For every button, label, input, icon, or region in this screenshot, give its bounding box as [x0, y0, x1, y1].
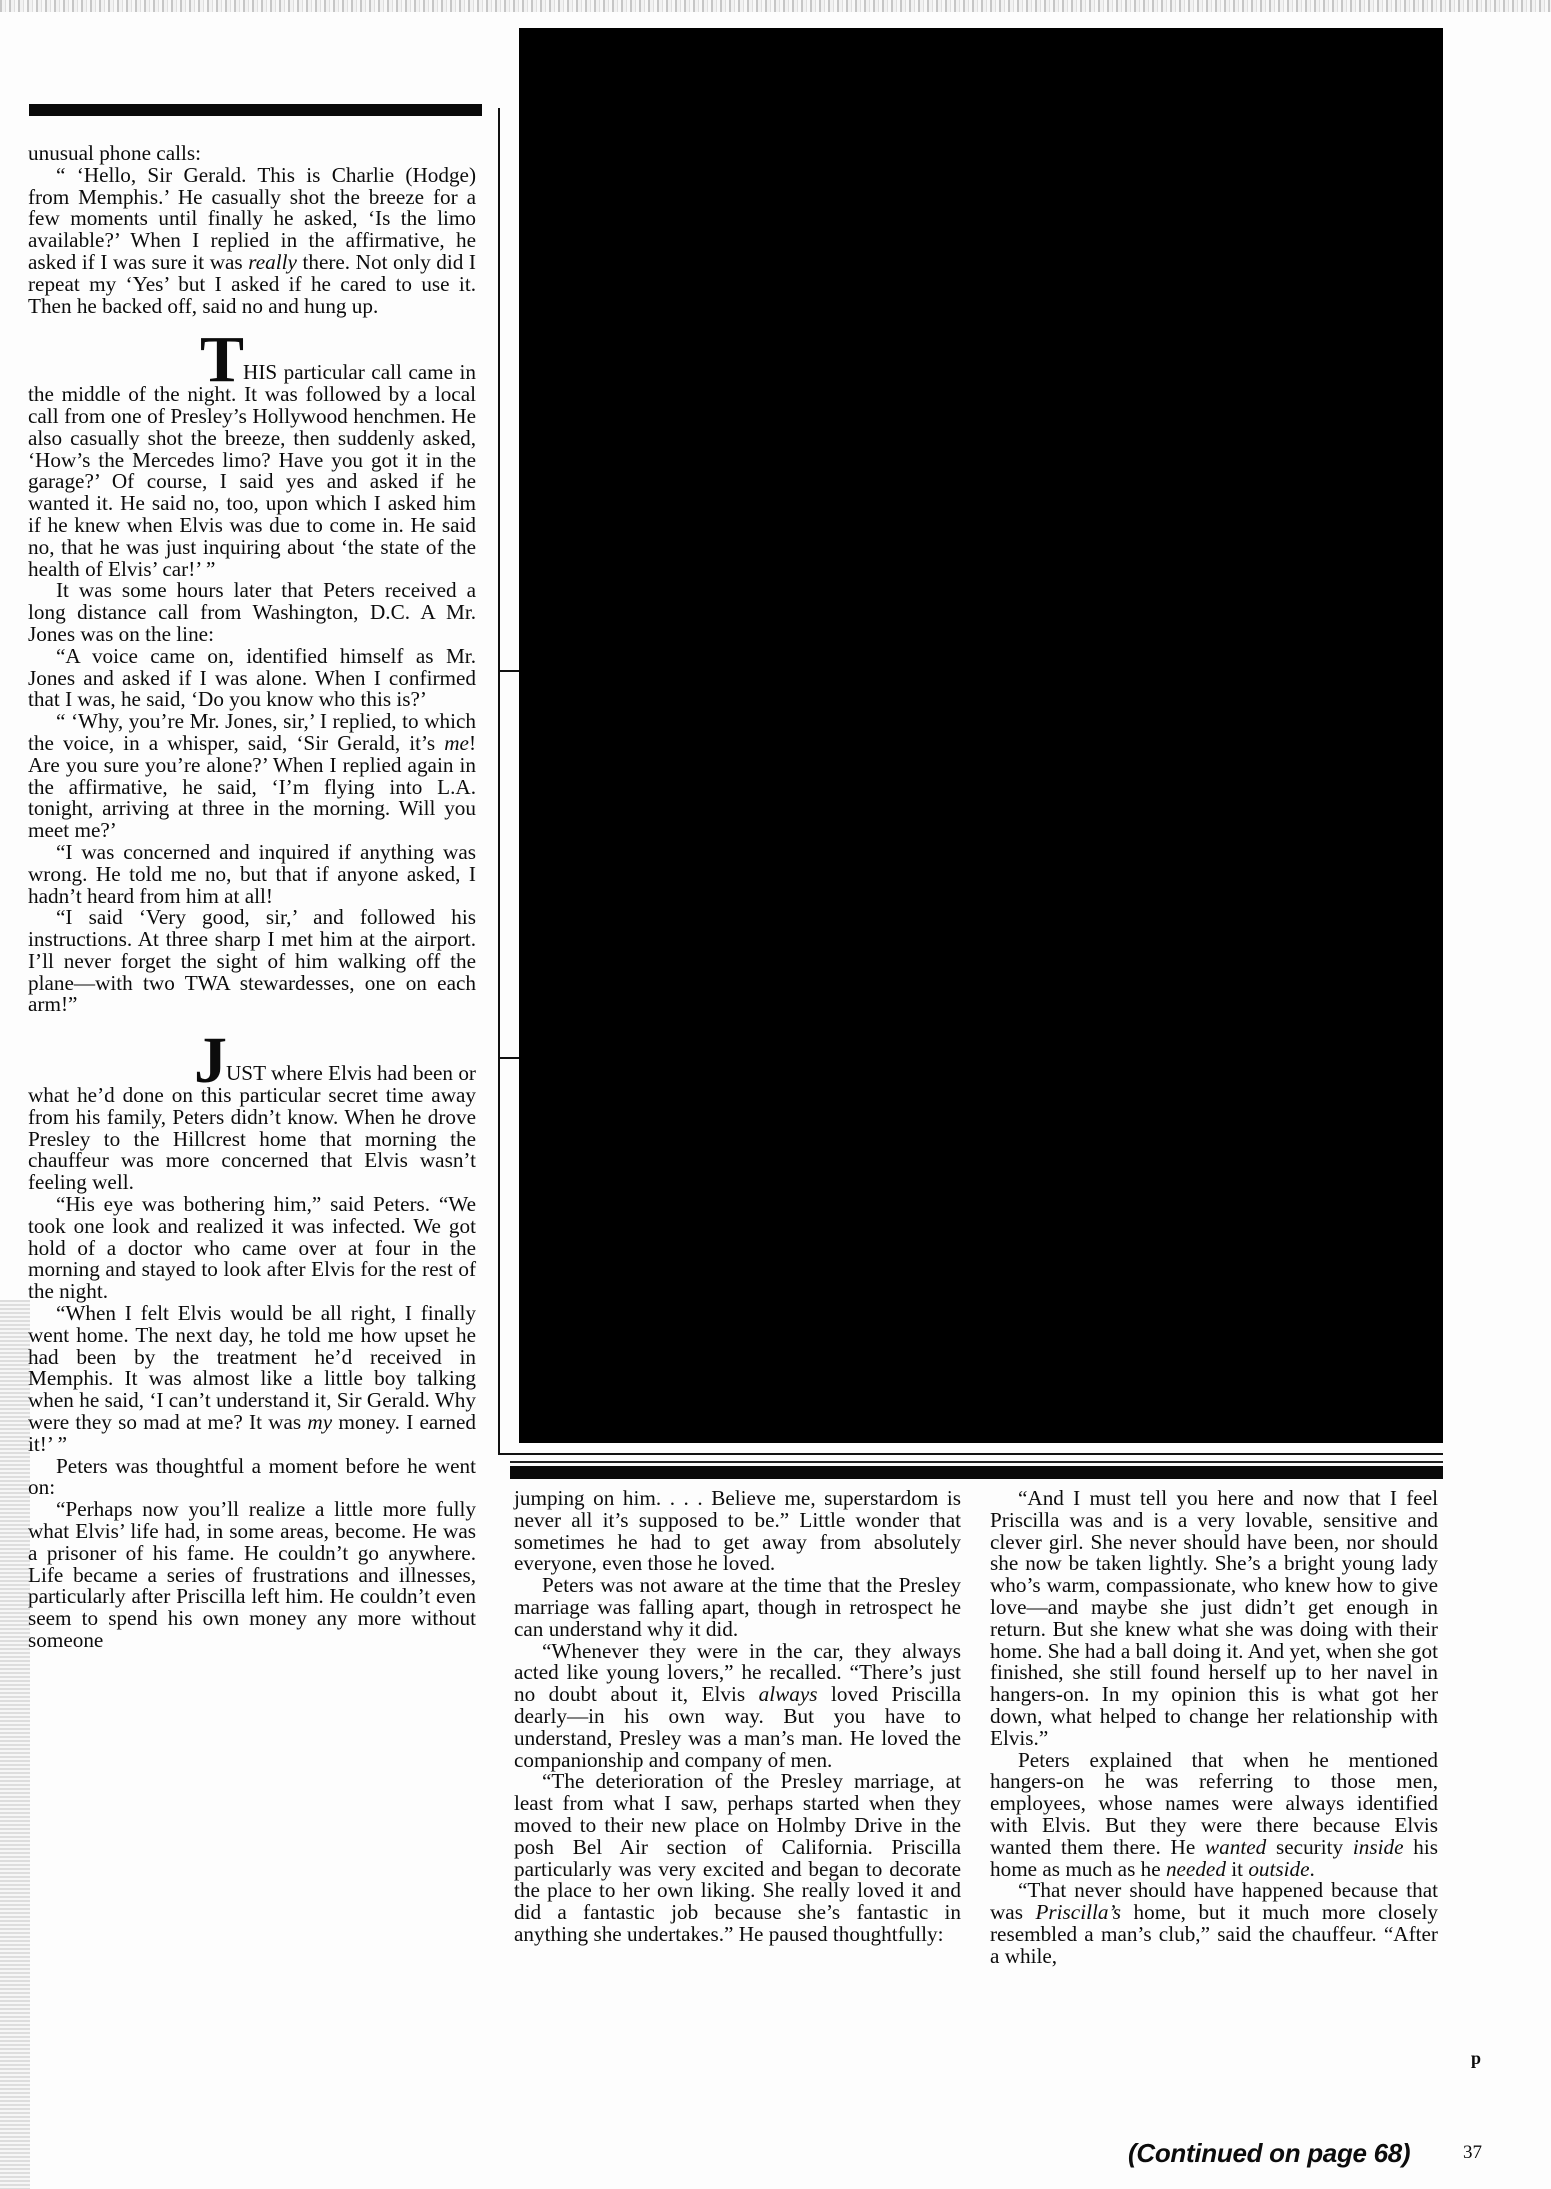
paragraph: “I said ‘Very good, sir,’ and followed h…	[28, 907, 476, 1016]
paragraph: Peters was not aware at the time that th…	[514, 1575, 961, 1640]
paragraph: “That never should have happened because…	[990, 1880, 1438, 1967]
photo-frame-bottom	[498, 1453, 1443, 1455]
paragraph: “Perhaps now you’ll realize a little mor…	[28, 1499, 476, 1652]
photo-frame-tick	[498, 670, 519, 672]
photo-frame-tick	[498, 1057, 519, 1059]
paragraph-with-dropcap: JUST where Elvis had been or what he’d d…	[28, 1038, 476, 1194]
paragraph: Peters was thoughtful a moment before he…	[28, 1456, 476, 1500]
column1-top-rule	[29, 104, 482, 116]
margin-mark: p	[1471, 2048, 1481, 2069]
article-column-3: “And I must tell you here and now that I…	[990, 1488, 1438, 1968]
paragraph: “ ‘Hello, Sir Gerald. This is Charlie (H…	[28, 165, 476, 318]
lower-thick-rule	[510, 1466, 1443, 1479]
photo-frame-line	[498, 108, 500, 1453]
paragraph: “When I felt Elvis would be all right, I…	[28, 1303, 476, 1456]
paragraph: “ ‘Why, you’re Mr. Jones, sir,’ I replie…	[28, 711, 476, 842]
paragraph-with-dropcap: THIS particular call came in the middle …	[28, 337, 476, 580]
paragraph: “Whenever they were in the car, they alw…	[514, 1641, 961, 1772]
paragraph: jumping on him. . . . Believe me, supers…	[514, 1488, 961, 1575]
paragraph: “His eye was bothering him,” said Peters…	[28, 1194, 476, 1303]
article-column-1: unusual phone calls: “ ‘Hello, Sir Geral…	[28, 143, 476, 1652]
paragraph: Peters explained that when he mentioned …	[990, 1750, 1438, 1881]
scan-noise-top	[0, 0, 1551, 12]
redacted-photo	[519, 28, 1443, 1443]
paragraph: “I was concerned and inquired if anythin…	[28, 842, 476, 907]
paragraph: “The deterioration of the Presley marria…	[514, 1771, 961, 1945]
page-number: 37	[1463, 2142, 1482, 2164]
paragraph: “A voice came on, identified himself as …	[28, 646, 476, 711]
paragraph: unusual phone calls:	[28, 143, 476, 165]
continued-on-page-note: (Continued on page 68)	[1128, 2138, 1410, 2169]
paragraph: “And I must tell you here and now that I…	[990, 1488, 1438, 1750]
scan-edge-shadow	[0, 1300, 30, 2189]
paragraph: It was some hours later that Peters rece…	[28, 580, 476, 645]
article-column-2: jumping on him. . . . Believe me, supers…	[514, 1488, 961, 1946]
lower-thin-rule	[510, 1461, 1443, 1463]
